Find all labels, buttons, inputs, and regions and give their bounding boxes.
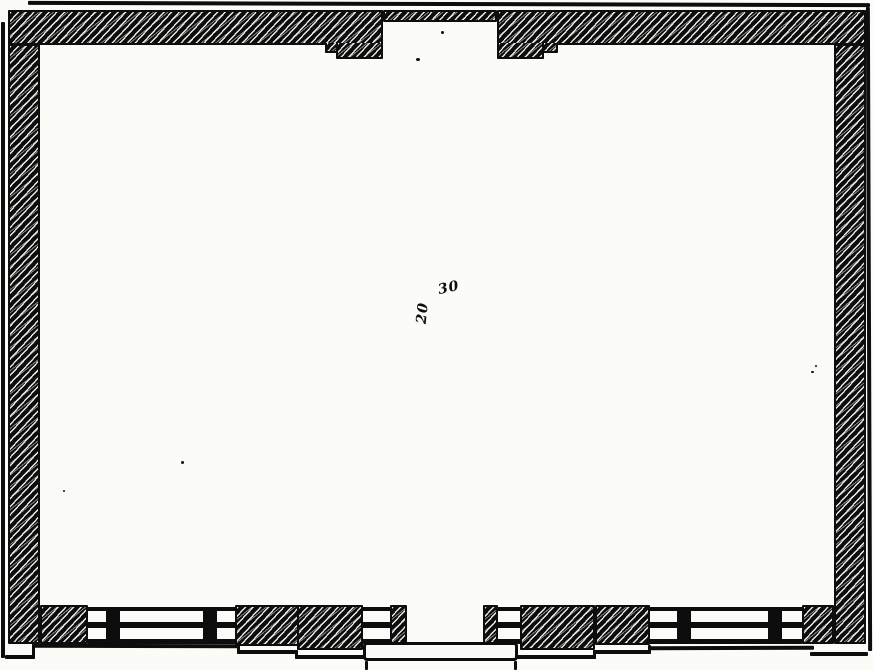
pier-left-mid-projection <box>297 605 363 650</box>
outer-outline-left <box>1 22 5 658</box>
entrance-pilaster-step-right <box>542 43 558 53</box>
outer-outline-bottom-corner-right <box>810 652 868 656</box>
outer-outline-bottom-3 <box>295 655 368 659</box>
pier-corner-right <box>802 605 834 644</box>
window-pane <box>363 628 390 639</box>
entrance-stoop <box>363 642 518 661</box>
window-unit-right <box>650 607 802 644</box>
entrance-pilaster-right <box>497 43 544 59</box>
window-mullion <box>106 607 120 644</box>
doorway-bottom-opening <box>407 605 483 644</box>
ink-speck <box>811 371 814 373</box>
ink-speck <box>815 365 817 367</box>
door-jamb-right <box>483 605 498 644</box>
window-unit-left <box>88 607 235 644</box>
dimension-label-depth: 20 <box>414 301 432 324</box>
wall-top-right-segment <box>497 10 866 45</box>
pier-corner-left <box>40 605 88 644</box>
window-pane <box>498 628 520 639</box>
door-jamb-left <box>390 605 407 644</box>
pier-left-mid <box>235 605 299 646</box>
outer-outline-bottom-1 <box>32 644 240 649</box>
dimension-label-width: 30 <box>437 278 461 298</box>
ink-speck <box>181 461 184 464</box>
outer-outline-top <box>28 1 870 7</box>
wall-top-left-segment <box>8 10 383 45</box>
entrance-pilaster-left <box>336 43 383 59</box>
outer-outline-right <box>866 7 872 651</box>
entrance-threshold-wall <box>383 10 497 22</box>
outer-outline-bottom-4 <box>514 655 596 659</box>
floor-plan-canvas: 30 20 <box>0 0 873 670</box>
entrance-opening <box>383 22 497 45</box>
window-pane <box>363 611 390 622</box>
stoop-lower-step-left <box>365 661 368 670</box>
ink-speck <box>63 490 65 492</box>
outer-outline-bottom-corner-left <box>5 655 35 659</box>
window-mullion <box>768 607 782 644</box>
outer-outline-bottom-6 <box>648 646 814 651</box>
outer-outline-bottom-2 <box>237 650 298 654</box>
window-mullion <box>677 607 691 644</box>
outer-outline-bottom-5 <box>593 650 651 654</box>
ink-speck <box>441 31 444 34</box>
wall-left <box>8 44 40 644</box>
stoop-lower-step-right <box>514 661 517 670</box>
window-pane <box>498 611 520 622</box>
pier-right-mid <box>595 605 650 645</box>
wall-right <box>834 44 866 644</box>
window-mullion <box>203 607 217 644</box>
ink-speck <box>416 58 420 61</box>
sidelight-right <box>498 607 520 644</box>
pier-right-mid-projection <box>520 605 595 650</box>
sidelight-left <box>363 607 390 644</box>
